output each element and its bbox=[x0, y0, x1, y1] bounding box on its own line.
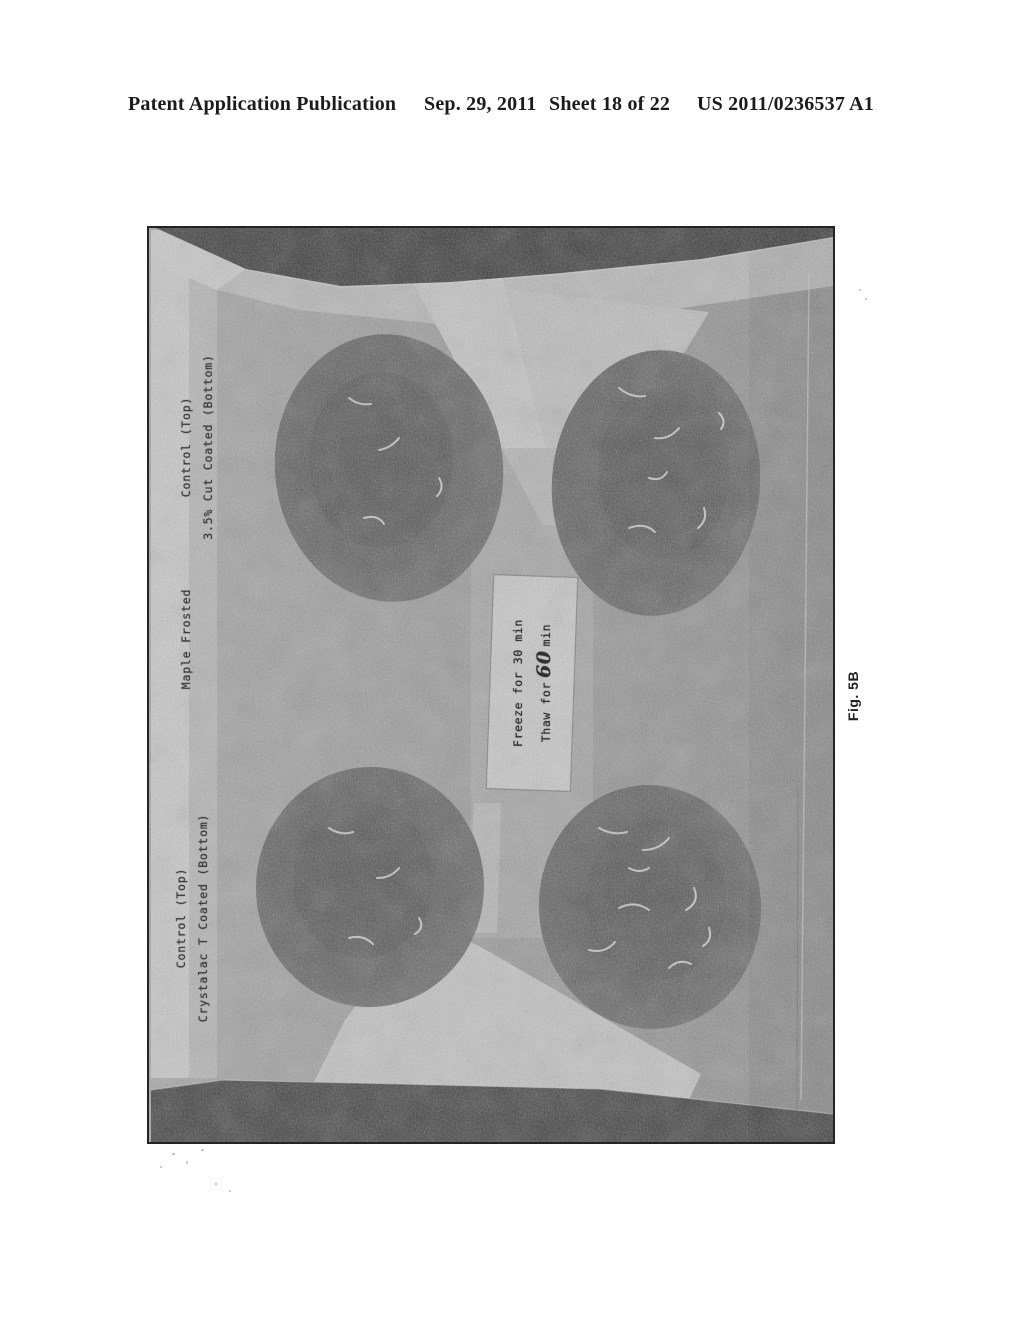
header-date: Sep. 29, 2011 bbox=[424, 93, 537, 116]
label-maple-frosted: Maple Frosted bbox=[175, 589, 197, 689]
header-sheet-number: Sheet 18 of 22 bbox=[549, 93, 670, 116]
note-freeze-line: Freeze for 30 min bbox=[505, 619, 531, 747]
label-bottom-control: Control (Top) bbox=[170, 814, 192, 1023]
scan-speck bbox=[160, 1166, 162, 1168]
scan-speck bbox=[865, 298, 867, 300]
label-bottom-donut-pair: Control (Top) Crystalac T Coated (Bottom… bbox=[170, 814, 214, 1023]
scan-speck bbox=[172, 1153, 175, 1155]
patent-page: { "header": { "publication": "Patent App… bbox=[0, 0, 1024, 1320]
header-patent-number: US 2011/0236537 A1 bbox=[697, 93, 874, 116]
scan-speck bbox=[229, 1190, 231, 1192]
label-top-cut-coated: 3.5% Cut Coated (Bottom) bbox=[197, 354, 219, 539]
label-top-donut-pair: Control (Top) 3.5% Cut Coated (Bottom) bbox=[175, 354, 219, 539]
header-publication-label: Patent Application Publication bbox=[128, 93, 396, 116]
scan-speck bbox=[859, 289, 861, 291]
label-freeze-thaw-note: Freeze for 30 min Thaw for60min bbox=[505, 619, 559, 747]
note-thaw-line: Thaw for60min bbox=[531, 619, 559, 747]
note-thaw-suffix: min bbox=[539, 624, 553, 647]
scan-speck bbox=[201, 1149, 204, 1151]
figure-caption: Fig. 5B bbox=[845, 671, 861, 721]
scan-speck bbox=[215, 1183, 217, 1185]
label-top-control: Control (Top) bbox=[175, 354, 197, 539]
scanned-photo-image bbox=[149, 228, 833, 1142]
scan-speck bbox=[186, 1161, 188, 1164]
note-thaw-prefix: Thaw for bbox=[539, 682, 553, 742]
note-thaw-handwritten-value: 60 bbox=[533, 650, 555, 678]
figure-photo: Control (Top) 3.5% Cut Coated (Bottom) M… bbox=[147, 226, 835, 1144]
label-bottom-crystalac: Crystalac T Coated (Bottom) bbox=[192, 814, 214, 1023]
